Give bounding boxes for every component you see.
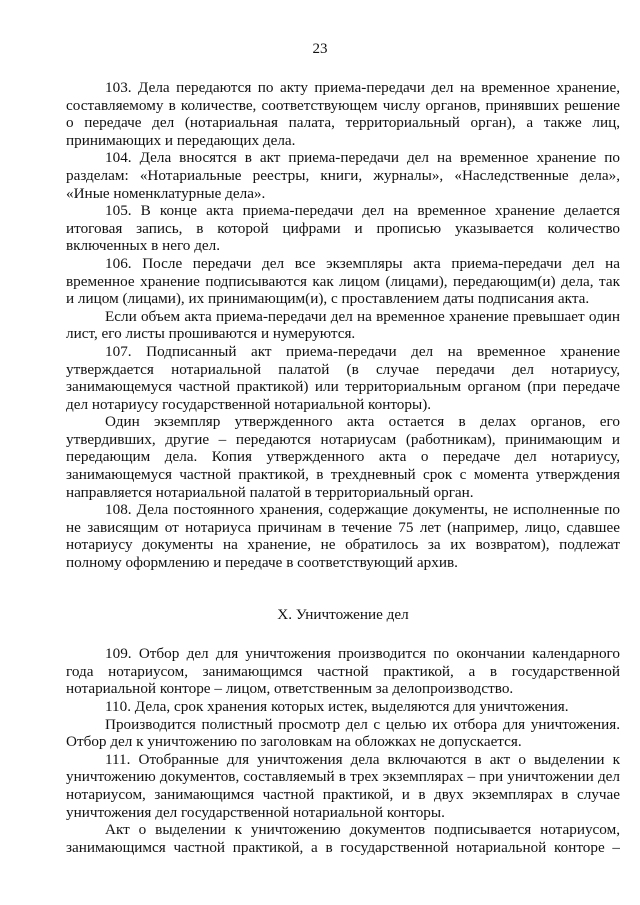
text-line: 105. В конце акта приема-передачи дел на… [66, 202, 620, 220]
paragraph-p111: 111. Отобранные для уничтожения дела вкл… [66, 751, 620, 821]
text-line: Производится полистный просмотр дел с це… [66, 716, 620, 734]
text-line: 107. Подписанный акт приема-передачи дел… [66, 343, 620, 361]
text-line: 110. Дела, срок хранения которых истек, … [66, 698, 620, 716]
paragraph-p106b: Если объем акта приема-передачи дел на в… [66, 308, 620, 343]
text-line: о передаче дел (нотариальная палата, тер… [66, 114, 620, 132]
paragraph-p107b: Один экземпляр утвержденного акта остает… [66, 413, 620, 501]
text-line: передающим дела. Копия утвержденного акт… [66, 448, 620, 466]
text-line: занимающемуся частной практикой, в трехд… [66, 466, 620, 484]
text-line: итоговая запись, в которой цифрами и про… [66, 220, 620, 238]
text-line: «Иные номенклатурные дела». [66, 185, 620, 203]
paragraph-p110: 110. Дела, срок хранения которых истек, … [66, 698, 620, 716]
text-line: 104. Дела вносятся в акт приема-передачи… [66, 149, 620, 167]
text-line: Акт о выделении к уничтожению документов… [66, 821, 620, 839]
document-page: 23 103. Дела передаются по акту приема-п… [0, 0, 640, 905]
text-line: Один экземпляр утвержденного акта остает… [66, 413, 620, 431]
section-heading: X. Уничтожение дел [66, 606, 620, 624]
document-body: 103. Дела передаются по акту приема-пере… [66, 79, 620, 856]
text-line: направляется нотариальной палатой в терр… [66, 484, 620, 502]
text-line: нотариальной конторе – лицом, ответствен… [66, 680, 620, 698]
text-line: временное хранение подписываются как лиц… [66, 273, 620, 291]
paragraph-p107: 107. Подписанный акт приема-передачи дел… [66, 343, 620, 413]
text-line: составляемому в количестве, соответствую… [66, 97, 620, 115]
paragraph-p105: 105. В конце акта приема-передачи дел на… [66, 202, 620, 255]
text-line: нотариусом, занимающимся частной практик… [66, 786, 620, 804]
text-line: занимающемуся частной практикой) или тер… [66, 378, 620, 396]
text-line: 109. Отбор дел для уничтожения производи… [66, 645, 620, 663]
text-line: 111. Отобранные для уничтожения дела вкл… [66, 751, 620, 769]
text-line: принимающих и передающих дела. [66, 132, 620, 150]
text-line: утверждается нотариальной палатой (в слу… [66, 361, 620, 379]
text-line: 103. Дела передаются по акту приема-пере… [66, 79, 620, 97]
paragraph-p111b: Акт о выделении к уничтожению документов… [66, 821, 620, 856]
paragraph-p104: 104. Дела вносятся в акт приема-передачи… [66, 149, 620, 202]
text-line: не зависящим от нотариуса причинам в теч… [66, 519, 620, 537]
text-line: утвердивших, другие – передаются нотариу… [66, 431, 620, 449]
paragraph-p109: 109. Отбор дел для уничтожения производи… [66, 645, 620, 698]
text-line: года нотариусом, занимающимся частной пр… [66, 663, 620, 681]
text-line: уничтожения дел государственной нотариал… [66, 804, 620, 822]
text-line: дел нотариусу государственной нотариальн… [66, 396, 620, 414]
paragraph-p106: 106. После передачи дел все экземпляры а… [66, 255, 620, 308]
text-line: нотариусу документы на хранение, не обра… [66, 536, 620, 554]
text-line: Если объем акта приема-передачи дел на в… [66, 308, 620, 326]
paragraph-p108: 108. Дела постоянного хранения, содержащ… [66, 501, 620, 571]
text-line: лист, его листы прошиваются и нумеруются… [66, 325, 620, 343]
text-line: включенных в него дел. [66, 237, 620, 255]
paragraph-p110b: Производится полистный просмотр дел с це… [66, 716, 620, 751]
paragraph-p103: 103. Дела передаются по акту приема-пере… [66, 79, 620, 149]
text-line: полному оформлению и передаче в соответс… [66, 554, 620, 572]
text-line: занимающимся частной практикой, а в госу… [66, 839, 620, 857]
text-line: Отбор дел к уничтожению по заголовкам на… [66, 733, 620, 751]
text-line: 108. Дела постоянного хранения, содержащ… [66, 501, 620, 519]
page-number: 23 [0, 41, 640, 58]
text-line: уничтожению документов, составляемый в т… [66, 768, 620, 786]
text-line: разделам: «Нотариальные реестры, книги, … [66, 167, 620, 185]
text-line: и лицом (лицами), их принимающим(и), с п… [66, 290, 620, 308]
text-line: 106. После передачи дел все экземпляры а… [66, 255, 620, 273]
